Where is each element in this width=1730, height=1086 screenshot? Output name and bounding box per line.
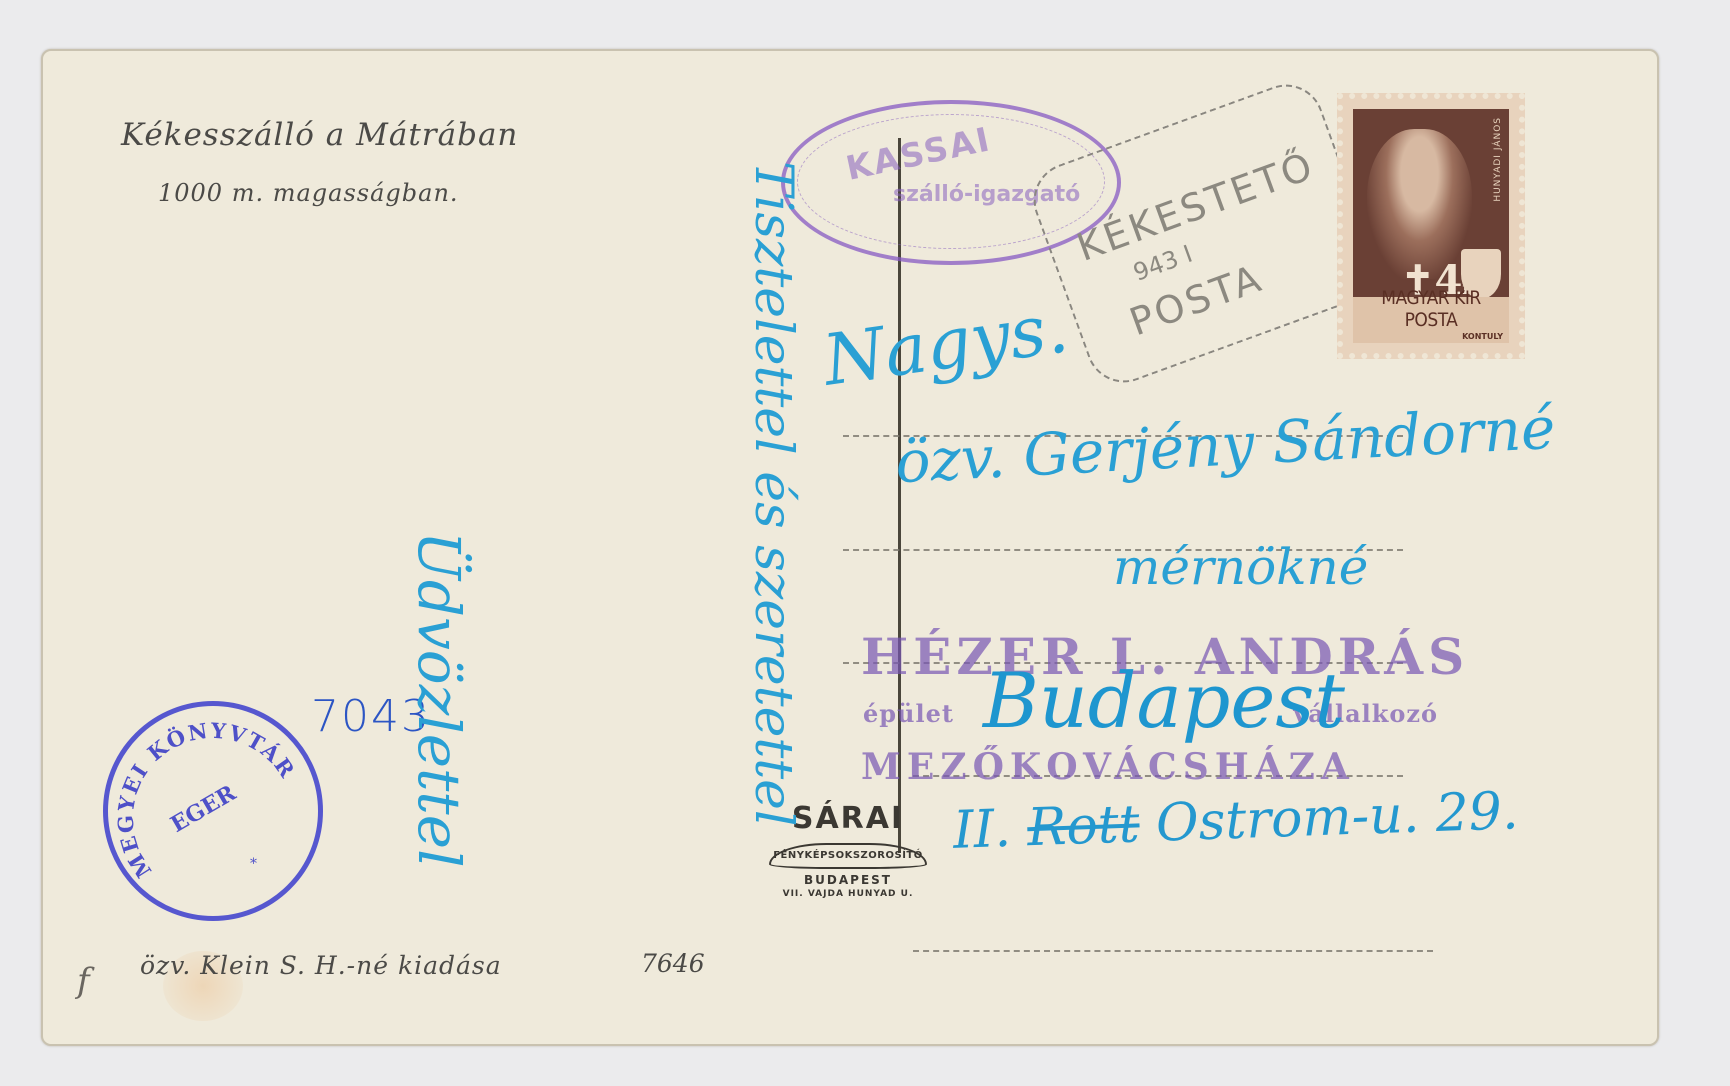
- handwritten-greeting-1: Üdvözlettel: [405, 531, 473, 868]
- stamp-country: MAGYAR KIR POSTA: [1353, 287, 1509, 331]
- caption-line-2: 1000 m. magasságban.: [158, 179, 459, 207]
- handwritten-city: Budapest: [983, 656, 1345, 745]
- handwritten-greeting-2: Tisztelettel és szeretettel: [743, 161, 803, 827]
- stamp-designer: KONTULY: [1462, 332, 1503, 341]
- logo-city: BUDAPEST: [763, 873, 933, 887]
- publisher-credit: özv. Klein S. H.-né kiadása: [140, 951, 502, 980]
- handwritten-street-name: Ostrom-u. 29.: [1155, 781, 1519, 854]
- handwritten-recipient-title: mérnökné: [1113, 538, 1368, 596]
- address-line-5: [913, 950, 1433, 952]
- publisher-number: 7646: [641, 949, 705, 978]
- logo-banner: FÉNYKÉPSOKSZOROSÍTÓ: [769, 843, 927, 869]
- sender-town: MEZŐKOVÁCSHÁZA: [861, 746, 1355, 788]
- library-stamp-star: *: [250, 856, 257, 872]
- postmark-place: KÉKESTETŐ: [1071, 143, 1320, 270]
- stamp-subject: HUNYADI JÁNOS: [1493, 117, 1503, 202]
- handwritten-street: II. Rott Ostrom-u. 29.: [952, 781, 1519, 861]
- handwritten-district: II.: [952, 799, 1012, 861]
- postage-stamp: HUNYADI JÁNOS ✝4f MAGYAR KIR POSTA KONTU…: [1337, 93, 1525, 359]
- oval-stamp-line-1: KASSAI: [843, 119, 995, 188]
- handwritten-recipient: özv. Gerjény Sándorné: [894, 394, 1557, 496]
- pencil-mark: f: [77, 961, 90, 1001]
- library-stamp: MEGYEI KÖNYVTÁR EGER *: [103, 701, 323, 921]
- caption-line-1: Kékesszálló a Mátrában: [121, 117, 518, 153]
- handwritten-salutation: Nagys.: [818, 286, 1073, 401]
- logo-street: VII. VAJDA HUNYAD U.: [763, 889, 933, 899]
- handwritten-struck-word: Rott: [1026, 794, 1140, 858]
- postmark-cancel: KÉKESTETŐ 943 I POSTA: [1023, 74, 1387, 393]
- sender-profession-left: épület: [863, 699, 954, 728]
- postcard: Kékesszálló a Mátrában 1000 m. magasságb…: [41, 49, 1659, 1046]
